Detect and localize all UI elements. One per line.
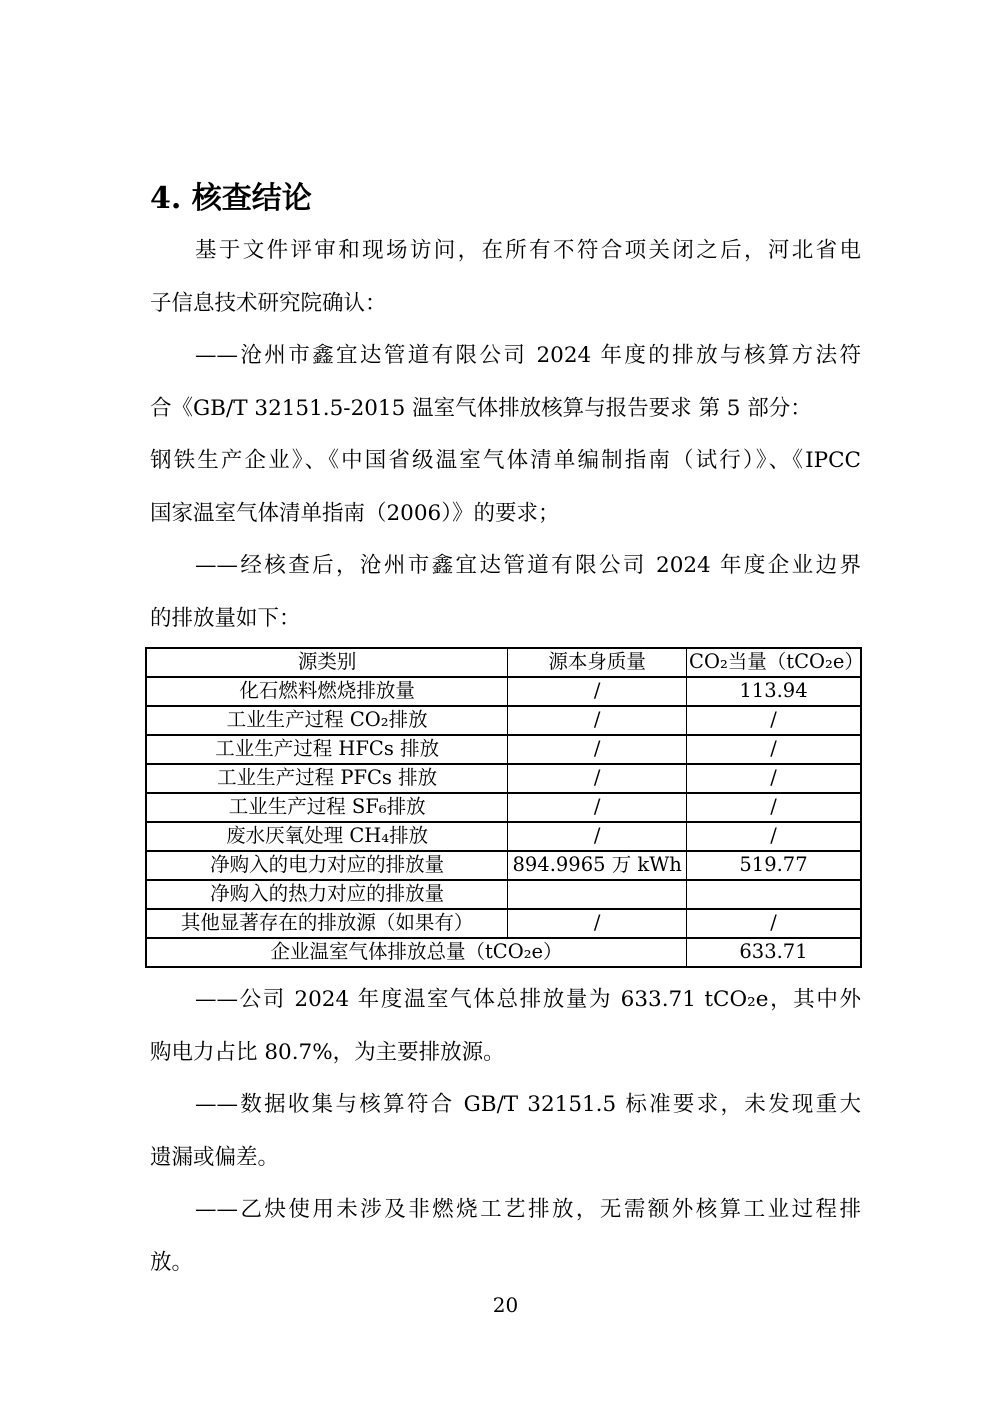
table-cell: 化石燃料燃烧排放量	[146, 677, 508, 706]
section-heading: 4. 核查结论	[150, 181, 861, 217]
table-cell: /	[508, 764, 687, 793]
document-page: 4. 核查结论 基于文件评审和现场访问，在所有不符合项关闭之后，河北省电子信息技…	[0, 0, 1000, 1415]
table-row: 工业生产过程 CO₂排放//	[146, 706, 861, 735]
page-number: 20	[150, 1290, 861, 1320]
table-cell: /	[687, 706, 861, 735]
table-row: 工业生产过程 PFCs 排放//	[146, 764, 861, 793]
table-row: 工业生产过程 SF₆排放//	[146, 793, 861, 822]
emissions-table: 源类别源本身质量CO₂当量（tCO₂e） 化石燃料燃烧排放量/113.94工业生…	[145, 647, 862, 968]
table-cell: /	[508, 822, 687, 851]
table-cell: /	[508, 909, 687, 938]
table-cell: /	[508, 735, 687, 764]
paragraph-line: ——沧州市鑫宜达管道有限公司 2024 年度的排放与核算方法符	[150, 330, 861, 383]
emissions-table-total: 企业温室气体排放总量（tCO₂e） 633.71	[146, 938, 861, 967]
table-total-row: 企业温室气体排放总量（tCO₂e） 633.71	[146, 938, 861, 967]
table-cell: /	[687, 735, 861, 764]
table-cell: /	[687, 909, 861, 938]
table-cell: 工业生产过程 PFCs 排放	[146, 764, 508, 793]
emissions-table-head: 源类别源本身质量CO₂当量（tCO₂e）	[146, 648, 861, 677]
table-header-cell: CO₂当量（tCO₂e）	[687, 648, 861, 677]
paragraph-line: ——经核查后，沧州市鑫宜达管道有限公司 2024 年度企业边界	[150, 540, 861, 593]
emissions-table-body: 化石燃料燃烧排放量/113.94工业生产过程 CO₂排放//工业生产过程 HFC…	[146, 677, 861, 938]
table-cell: 净购入的电力对应的排放量	[146, 851, 508, 880]
paragraph-line: ——公司 2024 年度温室气体总排放量为 633.71 tCO₂e，其中外	[150, 974, 861, 1027]
table-cell: /	[687, 822, 861, 851]
table-row: 化石燃料燃烧排放量/113.94	[146, 677, 861, 706]
table-row: 工业生产过程 HFCs 排放//	[146, 735, 861, 764]
table-cell	[508, 880, 687, 909]
table-row: 废水厌氧处理 CH₄排放//	[146, 822, 861, 851]
paragraph-line: 钢铁生产企业》、《中国省级温室气体清单编制指南（试行）》、《IPCC	[150, 435, 861, 488]
paragraphs-after-table: ——公司 2024 年度温室气体总排放量为 633.71 tCO₂e，其中外购电…	[150, 974, 861, 1289]
paragraph-line: 放。	[150, 1237, 861, 1290]
table-cell: 113.94	[687, 677, 861, 706]
paragraph-line: 国家温室气体清单指南（2006）》的要求；	[150, 488, 861, 541]
table-cell: /	[508, 677, 687, 706]
paragraph-line: 的排放量如下：	[150, 593, 861, 646]
table-cell: 废水厌氧处理 CH₄排放	[146, 822, 508, 851]
table-header-cell: 源本身质量	[508, 648, 687, 677]
table-cell: 工业生产过程 HFCs 排放	[146, 735, 508, 764]
paragraph-line: ——乙炔使用未涉及非燃烧工艺排放，无需额外核算工业过程排	[150, 1184, 861, 1237]
table-cell: 其他显著存在的排放源（如果有）	[146, 909, 508, 938]
paragraph-line: 子信息技术研究院确认：	[150, 278, 861, 331]
table-cell: 工业生产过程 CO₂排放	[146, 706, 508, 735]
table-row: 其他显著存在的排放源（如果有）//	[146, 909, 861, 938]
table-cell: /	[508, 706, 687, 735]
paragraph-line: 购电力占比 80.7%，为主要排放源。	[150, 1027, 861, 1080]
table-row: 净购入的热力对应的排放量	[146, 880, 861, 909]
paragraph-line: 合《GB/T 32151.5-2015 温室气体排放核算与报告要求 第 5 部分…	[150, 383, 861, 436]
table-cell	[687, 880, 861, 909]
paragraph-line: 基于文件评审和现场访问，在所有不符合项关闭之后，河北省电	[150, 225, 861, 278]
table-cell: 工业生产过程 SF₆排放	[146, 793, 508, 822]
paragraph-line: 遗漏或偏差。	[150, 1132, 861, 1185]
table-cell: /	[687, 793, 861, 822]
table-header-row: 源类别源本身质量CO₂当量（tCO₂e）	[146, 648, 861, 677]
paragraphs-before-table: 基于文件评审和现场访问，在所有不符合项关闭之后，河北省电子信息技术研究院确认：—…	[150, 225, 861, 645]
table-cell: 894.9965 万 kWh	[508, 851, 687, 880]
table-total-label: 企业温室气体排放总量（tCO₂e）	[146, 938, 687, 967]
table-cell: 净购入的热力对应的排放量	[146, 880, 508, 909]
page-content: 4. 核查结论 基于文件评审和现场访问，在所有不符合项关闭之后，河北省电子信息技…	[150, 181, 861, 1289]
table-header-cell: 源类别	[146, 648, 508, 677]
table-cell: /	[508, 793, 687, 822]
table-cell: 519.77	[687, 851, 861, 880]
paragraph-line: ——数据收集与核算符合 GB/T 32151.5 标准要求，未发现重大	[150, 1079, 861, 1132]
table-cell: /	[687, 764, 861, 793]
table-row: 净购入的电力对应的排放量894.9965 万 kWh519.77	[146, 851, 861, 880]
table-total-value: 633.71	[687, 938, 861, 967]
